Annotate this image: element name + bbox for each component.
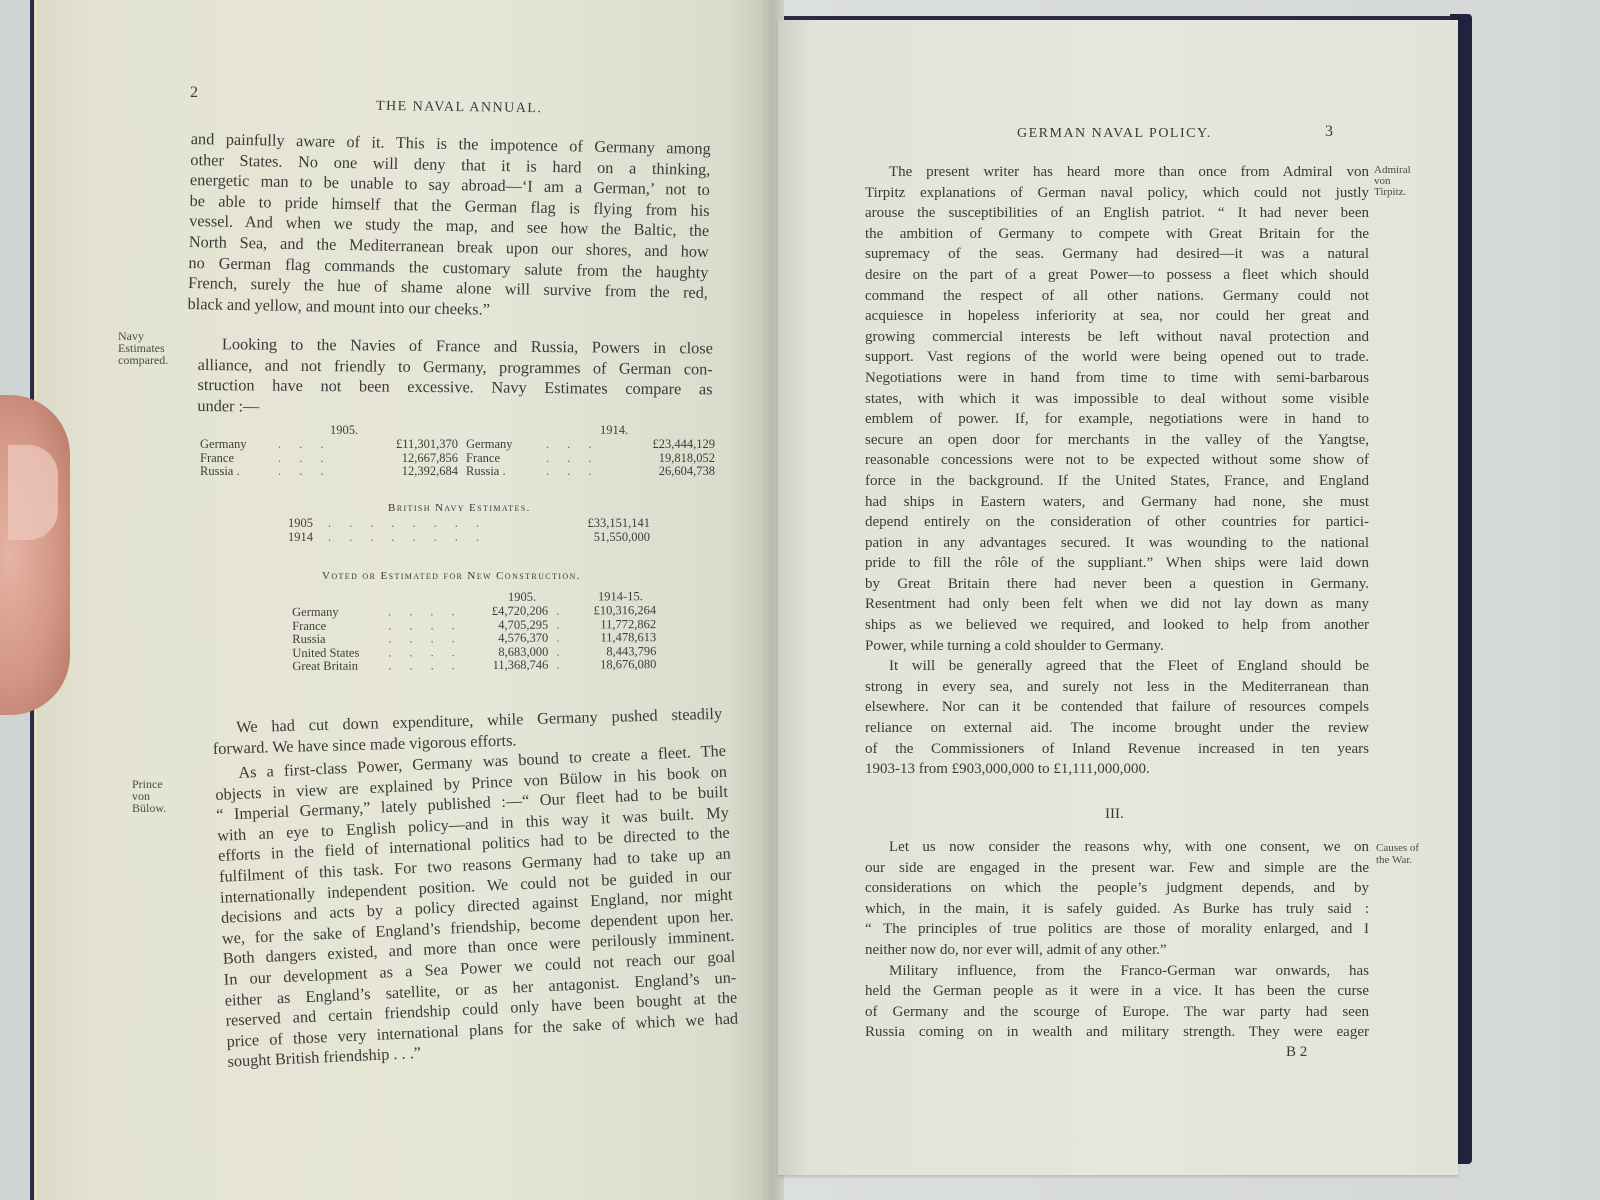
- new-construction-table: 1905. 1914-15. Germany .... £4,720,206 .…: [292, 590, 656, 673]
- table-row: 1905 ........ £33,151,141: [288, 517, 650, 531]
- signature-mark: B 2: [1286, 1044, 1307, 1061]
- section-heading: III.: [1105, 806, 1124, 823]
- page-number: 3: [1325, 123, 1333, 141]
- margin-note-bulow: Prince von Bülow.: [132, 778, 166, 814]
- table-row: 1914 ........ 51,550,000: [288, 531, 650, 545]
- left-page: 2 THE NAVAL ANNUAL. and painfully aware …: [38, 0, 768, 1200]
- margin-note-tirpitz: Admiral von Tirpitz.: [1374, 165, 1411, 198]
- paragraph-2: Looking to the Navies of France and Russ…: [197, 334, 713, 421]
- table-row: Russia . ... 12,392,684 Russia . ... 26,…: [200, 465, 715, 479]
- table-row: Russia .... 4,576,370 . 11,478,613: [292, 631, 656, 646]
- table-row: France ... 12,667,856 France ... 19,818,…: [200, 452, 715, 466]
- paragraph-causes: Let us now consider the reasons why, wit…: [865, 837, 1369, 1043]
- margin-note-navy-estimates: Navy Estimates compared.: [118, 330, 168, 366]
- running-head: GERMAN NAVAL POLICY.: [1017, 126, 1212, 142]
- navy-estimates-table: 1905. 1914. Germany ... £11,301,370 Germ…: [200, 424, 715, 479]
- paragraph-4-bulow-quote: As a first-class Power, Germany was boun…: [214, 741, 739, 1073]
- paragraph-1: and painfully aware of it. This is the i…: [187, 129, 710, 324]
- navy-estimates-rows: Germany ... £11,301,370 Germany ... £23,…: [200, 438, 715, 479]
- running-head: THE NAVAL ANNUAL.: [376, 99, 543, 117]
- col-header-1914: 1914.: [600, 424, 628, 438]
- page-number: 2: [190, 84, 198, 102]
- new-construction-title: Voted or Estimated for New Construction.: [322, 570, 581, 582]
- col-header-1905: 1905.: [508, 591, 536, 605]
- right-page: GERMAN NAVAL POLICY. 3 Admiral von Tirpi…: [778, 20, 1458, 1175]
- british-estimates-title: British Navy Estimates.: [388, 502, 531, 514]
- table-row: Great Britain .... 11,368,746 . 18,676,0…: [292, 658, 656, 673]
- british-estimates-table: 1905 ........ £33,151,141 1914 ........ …: [288, 517, 650, 544]
- col-header-1914-15: 1914-15.: [598, 590, 643, 604]
- paragraph-tirpitz: The present writer has heard more than o…: [865, 162, 1369, 780]
- thumbnail-nail: [8, 445, 58, 540]
- table-row: Germany ... £11,301,370 Germany ... £23,…: [200, 438, 715, 452]
- col-header-1905: 1905.: [330, 424, 358, 438]
- thumb: [0, 395, 70, 715]
- margin-note-causes-of-war: Causes of the War.: [1376, 842, 1419, 866]
